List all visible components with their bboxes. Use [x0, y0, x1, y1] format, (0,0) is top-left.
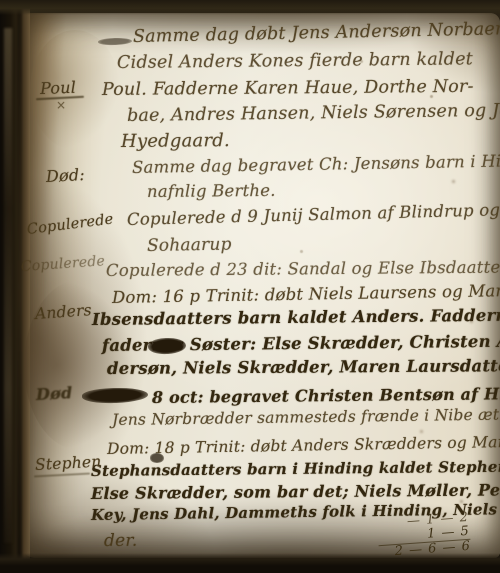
ink-blot-crossed-word [82, 387, 148, 404]
handwriting-line: Copulerede d 9 Junij Salmon af Blindrup … [127, 199, 500, 229]
handwriting-line: Else Skrædder, som bar det; Niels Møller… [91, 480, 500, 503]
handwriting-line: nafnlig Berthe. [147, 181, 276, 201]
margin-note-stephen: Stephen [35, 453, 102, 474]
margin-note-dod-2: Død [36, 383, 73, 404]
margin-note-poul: Poul [40, 78, 77, 98]
handwriting-line: 8 oct: begravet Christen Bentsøn af Hind… [152, 384, 500, 407]
handwriting-line: der. [104, 531, 138, 551]
ink-blot-insertion [150, 453, 164, 463]
manuscript-photo: Samme dag døbt Jens Andersøn Norbaerg Ci… [0, 0, 500, 573]
handwriting-line: dersøn, Niels Skrædder, Maren Laursdatte… [107, 356, 500, 378]
handwriting-line: Hyedgaard. [121, 130, 230, 152]
handwriting-line: bae, Andres Hansen, Niels Sørensen og Je… [127, 100, 500, 126]
handwriting-layer: Samme dag døbt Jens Andersøn Norbaerg Ci… [0, 0, 500, 573]
handwriting-line: Cidsel Anders Kones fierde barn kaldet [117, 49, 473, 73]
pen-mark-x: × [56, 98, 66, 112]
handwriting-line: Poul. Fadderne Karen Haue, Dorthe Nor- [102, 77, 474, 100]
ink-smear [98, 37, 132, 45]
handwriting-line: Sohaarup [147, 235, 232, 256]
handwriting-line: Samme dag døbt Jens Andersøn Norbaerg [133, 19, 500, 47]
margin-note-dod-1: Død: [46, 165, 86, 186]
handwriting-line: Dom: 18 p Trinit: døbt Anders Skrædders … [107, 433, 500, 458]
handwriting-line: Copulerede d 23 dit: Sandal og Else Ibsd… [106, 257, 500, 280]
sum-figures: — 1 — 2 1 — 5 2 — 6 — 6 [377, 511, 472, 560]
handwriting-line: Jens Nørbrædder sammesteds frænde i Nibe… [112, 405, 500, 429]
handwriting-line: Samme dag begravet Ch: Jensøns barn i Hi… [132, 151, 500, 177]
margin-note-anders: Anders [34, 301, 92, 323]
handwriting-line: Dom: 16 p Trinit: døbt Niels Laursens og… [112, 281, 500, 307]
margin-note-copulerede-1: Copulerede [26, 211, 114, 237]
margin-note-copulerede-2: Copulerede [20, 253, 105, 275]
handwriting-line: Ibsensdaatters barn kaldet Anders. Fadde… [92, 306, 500, 329]
